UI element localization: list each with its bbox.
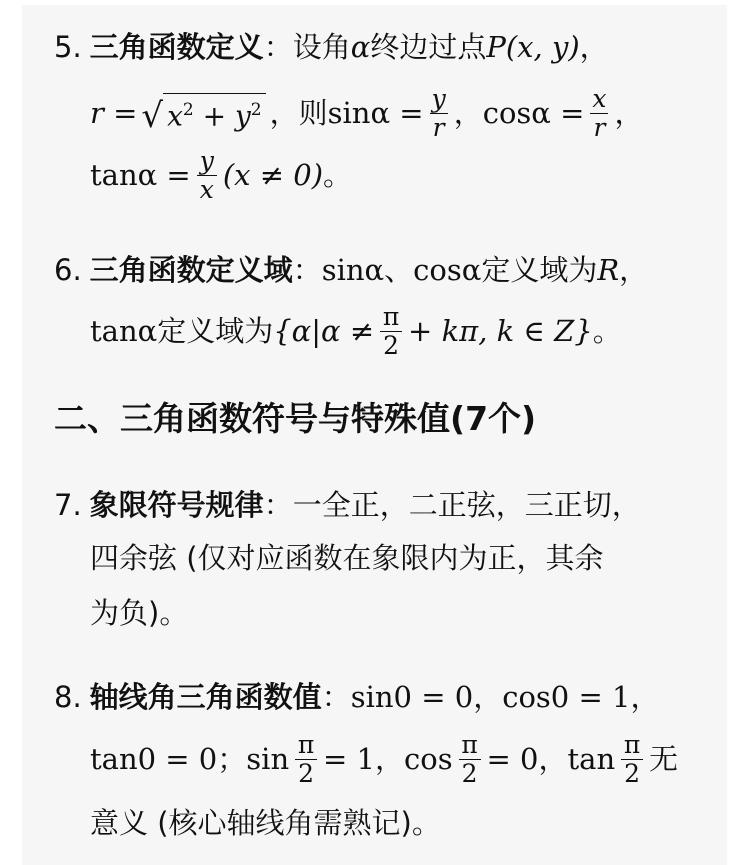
math-sin: sinα <box>322 250 384 290</box>
separator: 、 <box>384 250 413 290</box>
math-point: P(x, y) <box>486 27 579 67</box>
item-5-line-2: r = √ x2 + y2 ， 则 sinα = yr ， cosα = xr … <box>90 83 644 143</box>
item-number: 8. <box>54 677 82 717</box>
fraction-pi-over-2: π2 <box>621 731 643 788</box>
math-tan: tanα = <box>90 155 191 195</box>
math-sin: sinα = <box>328 93 424 133</box>
math-tan0: tan0 = 0 <box>90 739 217 779</box>
item-title: 三角函数定义域 <box>90 250 293 290</box>
item-7-line-1: 7. 象限符号规律 ： 一全正，二正弦，三正切， <box>54 485 641 525</box>
period: 。 <box>593 311 622 351</box>
fraction-pi-over-2: π2 <box>380 303 402 360</box>
text: 一全正，二正弦，三正切， <box>293 485 641 525</box>
item-8-line-2: tan0 = 0 ； sin π2 = 1 ， cos π2 = 0 ， tan… <box>90 727 678 791</box>
math-set-rest: + kπ, k ∈ Z} <box>408 311 593 351</box>
sqrt-icon: √ <box>141 99 163 133</box>
item-number: 6. <box>54 250 82 290</box>
math-r-eq: r = <box>90 93 137 133</box>
text: 定义域为 <box>157 311 273 351</box>
math-alpha: α <box>351 27 371 67</box>
semicolon: ； <box>217 739 246 779</box>
text: 无 <box>649 739 678 779</box>
section-heading: 二、三角函数符号与特殊值(7个) <box>54 397 536 441</box>
content-card: 5. 三角函数定义 ： 设角 α 终边过点 P(x, y) ， r = √ x2… <box>22 5 727 865</box>
fraction-y-over-r: yr <box>430 85 448 142</box>
fraction-pi-over-2: π2 <box>459 731 481 788</box>
math-tan: tanα <box>90 311 157 351</box>
math-cos: cosα = <box>483 93 585 133</box>
text: 为负)。 <box>90 593 188 633</box>
item-title: 象限符号规律 <box>90 485 264 525</box>
item-7-line-2: 四余弦 (仅对应函数在象限内为正，其余 <box>90 538 604 578</box>
comma: ， <box>630 677 659 717</box>
math-cos0: cos0 = 1 <box>502 677 630 717</box>
math-cos: cos <box>404 739 453 779</box>
math-tan: tan <box>568 739 616 779</box>
comma: ， <box>270 93 299 133</box>
item-8-line-3: 意义 (核心轴线角需熟记)。 <box>90 803 441 843</box>
text: 终边过点 <box>370 27 486 67</box>
item-8-line-1: 8. 轴线角三角函数值 ： sin0 = 0 ， cos0 = 1 ， <box>54 677 659 717</box>
comma: ， <box>538 739 567 779</box>
item-5-line-1: 5. 三角函数定义 ： 设角 α 终边过点 P(x, y) ， <box>54 27 609 67</box>
colon: ： <box>264 485 293 525</box>
sqrt-body: x2 + y2 <box>163 93 266 132</box>
math-sin0: sin0 = 0 <box>351 677 473 717</box>
item-title: 三角函数定义 <box>90 27 264 67</box>
comma: ， <box>454 93 483 133</box>
comma: ， <box>619 250 648 290</box>
text: 设角 <box>293 27 351 67</box>
item-7-line-3: 为负)。 <box>90 593 188 633</box>
math-sin: sin <box>246 739 289 779</box>
text: 定义域为 <box>481 250 597 290</box>
comma: ， <box>473 677 502 717</box>
fraction-pi-over-2: π2 <box>295 731 317 788</box>
item-number: 7. <box>54 485 82 525</box>
math-value: = 1 <box>323 739 375 779</box>
math-cos: cosα <box>413 250 481 290</box>
math-condition: (x ≠ 0) <box>223 155 323 195</box>
item-6-line-1: 6. 三角函数定义域 ： sinα 、 cosα 定义域为 R ， <box>54 250 648 290</box>
item-title: 轴线角三角函数值 <box>90 677 322 717</box>
fraction-x-over-r: xr <box>590 85 608 142</box>
comma: ， <box>580 27 609 67</box>
sqrt-expression: √ x2 + y2 <box>141 93 265 132</box>
item-number: 5. <box>54 27 82 67</box>
period: 。 <box>323 155 352 195</box>
text: 意义 (核心轴线角需熟记)。 <box>90 803 441 843</box>
text: 则 <box>299 93 328 133</box>
math-set-open: {α|α ≠ <box>273 311 374 351</box>
comma: ， <box>375 739 404 779</box>
text: 四余弦 (仅对应函数在象限内为正，其余 <box>90 538 604 578</box>
item-5-line-3: tanα = yx (x ≠ 0) 。 <box>90 145 352 205</box>
fraction-y-over-x: yx <box>197 147 217 204</box>
math-R: R <box>597 250 619 290</box>
colon: ： <box>293 250 322 290</box>
math-value: = 0 <box>487 739 539 779</box>
comma: ， <box>615 93 644 133</box>
colon: ： <box>322 677 351 717</box>
colon: ： <box>264 27 293 67</box>
item-6-line-2: tanα 定义域为 {α|α ≠ π2 + kπ, k ∈ Z} 。 <box>90 301 622 361</box>
